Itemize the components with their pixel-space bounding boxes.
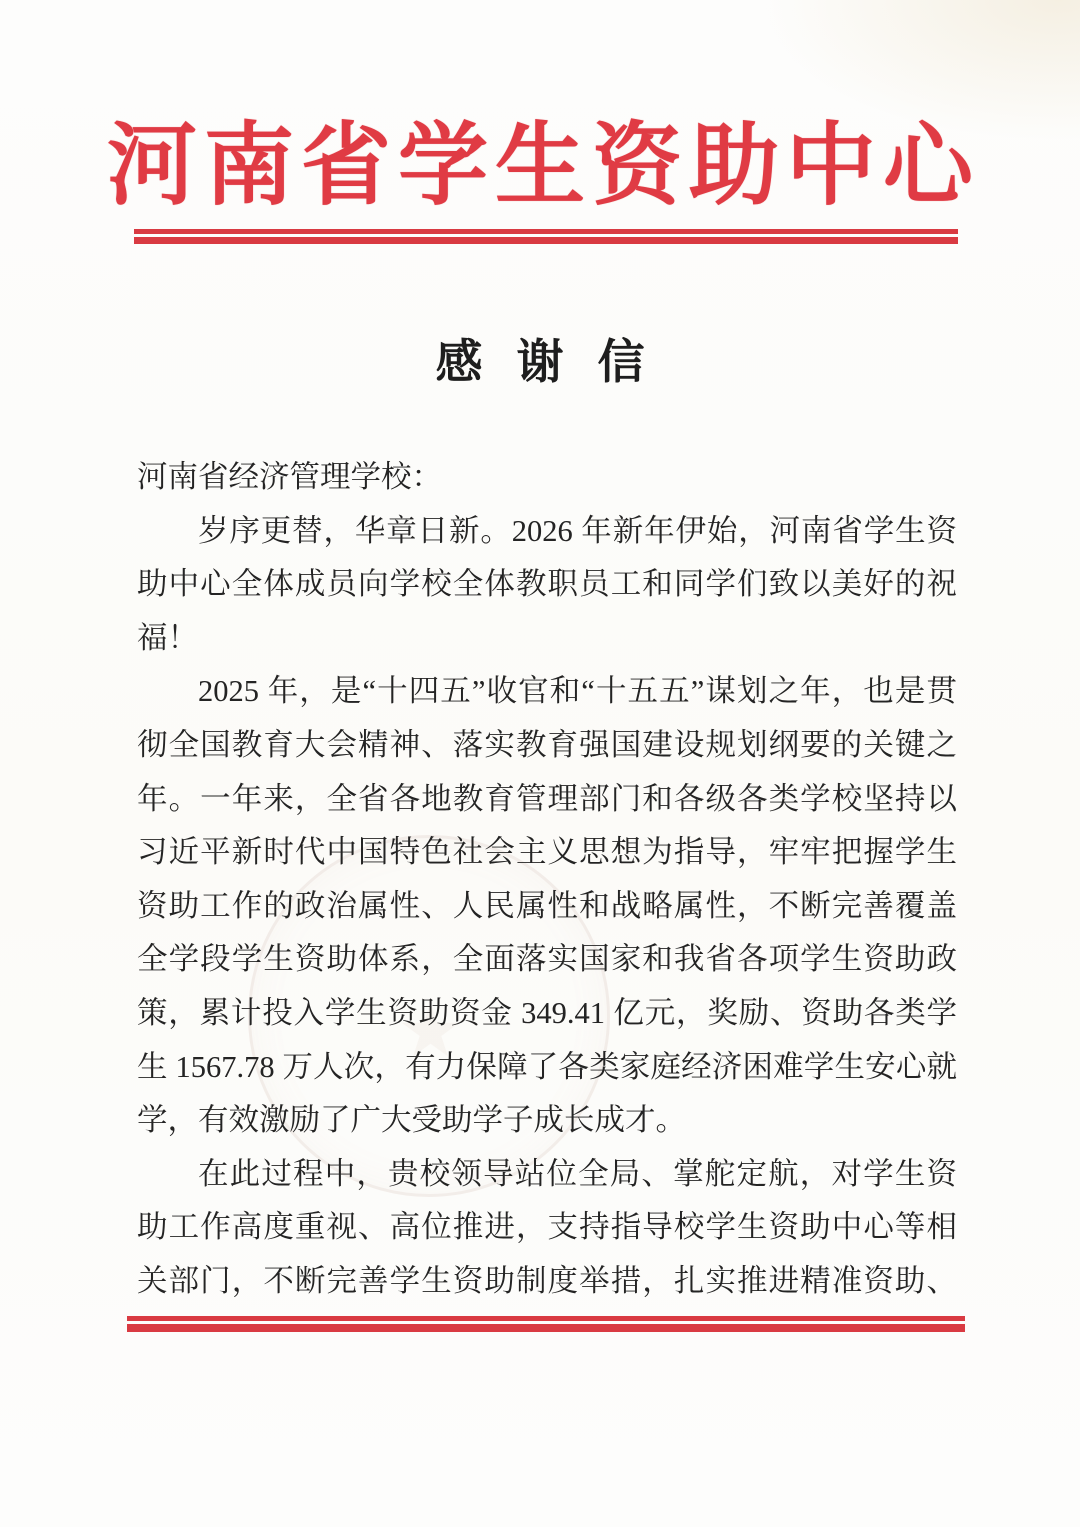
recipient-line: 河南省经济管理学校： (137, 451, 957, 505)
scanned-letter-page: 河南省学生资助中心 感谢信 河南省经济管理学校： 岁序更替，华章日新。2026 … (0, 0, 1080, 1527)
footer-divider-thin-line (127, 1316, 965, 1321)
letterhead-divider-thick-line (134, 237, 958, 244)
paragraph-greeting: 岁序更替，华章日新。2026 年新年伊始，河南省学生资助中心全体成员向学校全体教… (137, 505, 957, 666)
footer-divider-thick-line (127, 1324, 965, 1332)
paragraph-school-praise: 在此过程中，贵校领导站位全局、掌舵定航，对学生资助工作高度重视、高位推进，支持指… (137, 1148, 957, 1313)
footer-divider (127, 1316, 965, 1332)
letterhead-divider-thin-line (134, 229, 958, 234)
letterhead-org-name: 河南省学生资助中心 (0, 112, 1080, 222)
paragraph-year-review: 2025 年，是“十四五”收官和“十五五”谋划之年，也是贯彻全国教育大会精神、落… (137, 665, 957, 1147)
letter-body: 河南省经济管理学校： 岁序更替，华章日新。2026 年新年伊始，河南省学生资助中… (137, 451, 957, 1313)
letter-title: 感谢信 (0, 333, 1080, 393)
letterhead-divider (134, 229, 958, 244)
